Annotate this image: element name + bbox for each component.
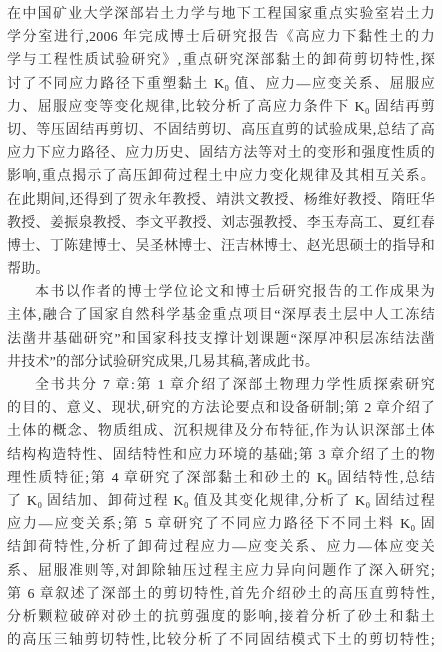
- text-line: 法凿井基础研究”和国家科技支撑计划课题“深厚冲积层冻结法凿: [7, 328, 435, 351]
- text-line: 切、等压固结再剪切、不固结剪切、高压直剪的试验成果,总结了高: [7, 119, 435, 142]
- text-line: 理性质特征;第 4 章研究了深部黏土和砂土的 K₀ 固结特性,总结: [7, 467, 435, 490]
- text-page: 在中国矿业大学深部岩土力学与地下工程国家重点实验室岩土力学分室进行,2006 年…: [0, 0, 442, 652]
- text-line: 第 6 章叙述了深部土的剪切特性,首先介绍砂土的高压直剪特性,: [7, 583, 435, 606]
- text-line: 讨了不同应力路径下重塑黏土 K₀ 值、应力—应变关系、屈服应: [7, 73, 435, 96]
- paragraph: 本书以作者的博士学位论文和博士后研究报告的工作成果为主体,融合了国家自然科学基金…: [7, 281, 435, 374]
- text-line: 土体的概念、物质组成、沉积规律及分布特征,作为认识深部土体: [7, 420, 435, 443]
- text-line: 主体,融合了国家自然科学基金重点项目“深厚表土层中人工冻结: [7, 304, 435, 327]
- text-line: 了 K₀ 固结加、卸荷过程 K₀ 值及其变化规律,分析了 K₀ 固结过程: [7, 490, 435, 513]
- text-line: 学分室进行,2006 年完成博士后研究报告《高应力下黏性土的力: [7, 26, 435, 49]
- text-line: 井技术”的部分试验研究成果,几易其稿,著成此书。: [7, 351, 435, 374]
- paragraph: 在中国矿业大学深部岩土力学与地下工程国家重点实验室岩土力学分室进行,2006 年…: [7, 3, 435, 281]
- text-line: 教授、姜振泉教授、李文平教授、刘志强教授、李玉寿高工、夏红春: [7, 212, 435, 235]
- text-line: 结卸荷特性,分析了卸荷过程应力—应变关系、应力—体应变关: [7, 536, 435, 559]
- text-line: 在此期间,还得到了贺永年教授、靖洪文教授、杨维好教授、隋旺华: [7, 189, 435, 212]
- text-line: 分析颗粒破碎对砂土的抗剪强度的影响,接着分析了砂土和黏土: [7, 606, 435, 629]
- text-line: 结构构造特性、固结特性和应力环境的基础;第 3 章介绍了土的物: [7, 444, 435, 467]
- text-line: 的目的、意义、现状,研究的方法论要点和设备研制;第 2 章介绍了: [7, 397, 435, 420]
- text-line: 博士、丁陈建博士、吴圣林博士、汪吉林博士、赵光思硕士的指导和: [7, 235, 435, 258]
- text-line: 力、屈服应变等变化规律,比较分析了高应力条件下 K₀ 固结再剪: [7, 96, 435, 119]
- text-line: 影响,重点揭示了高压卸荷过程土中应力变化规律及其相互关系。: [7, 165, 435, 188]
- text-line: 在中国矿业大学深部岩土力学与地下工程国家重点实验室岩土力: [7, 3, 435, 26]
- text-line: 学与工程性质试验研究》,重点研究深部黏土的卸荷剪切特性,探: [7, 49, 435, 72]
- text-line: 帮助。: [7, 258, 435, 281]
- text-line: 应力—应变关系;第 5 章研究了不同应力路径下不同土料 K₀ 固: [7, 513, 435, 536]
- paragraph: 全书共分 7 章:第 1 章介绍了深部土物理力学性质探索研究的目的、意义、现状,…: [7, 374, 435, 652]
- text-line: 本书以作者的博士学位论文和博士后研究报告的工作成果为: [7, 281, 435, 304]
- text-line: 的高压三轴剪切特性,比较分析了不同固结模式下土的剪切特性;: [7, 629, 435, 652]
- text-line: 全书共分 7 章:第 1 章介绍了深部土物理力学性质探索研究: [7, 374, 435, 397]
- text-line: 系、屈服准则等,对卸除轴压过程主应力异向问题作了深入研究;: [7, 560, 435, 583]
- text-line: 应力下应力路径、应力历史、固结方法等对土的变形和强度性质的: [7, 142, 435, 165]
